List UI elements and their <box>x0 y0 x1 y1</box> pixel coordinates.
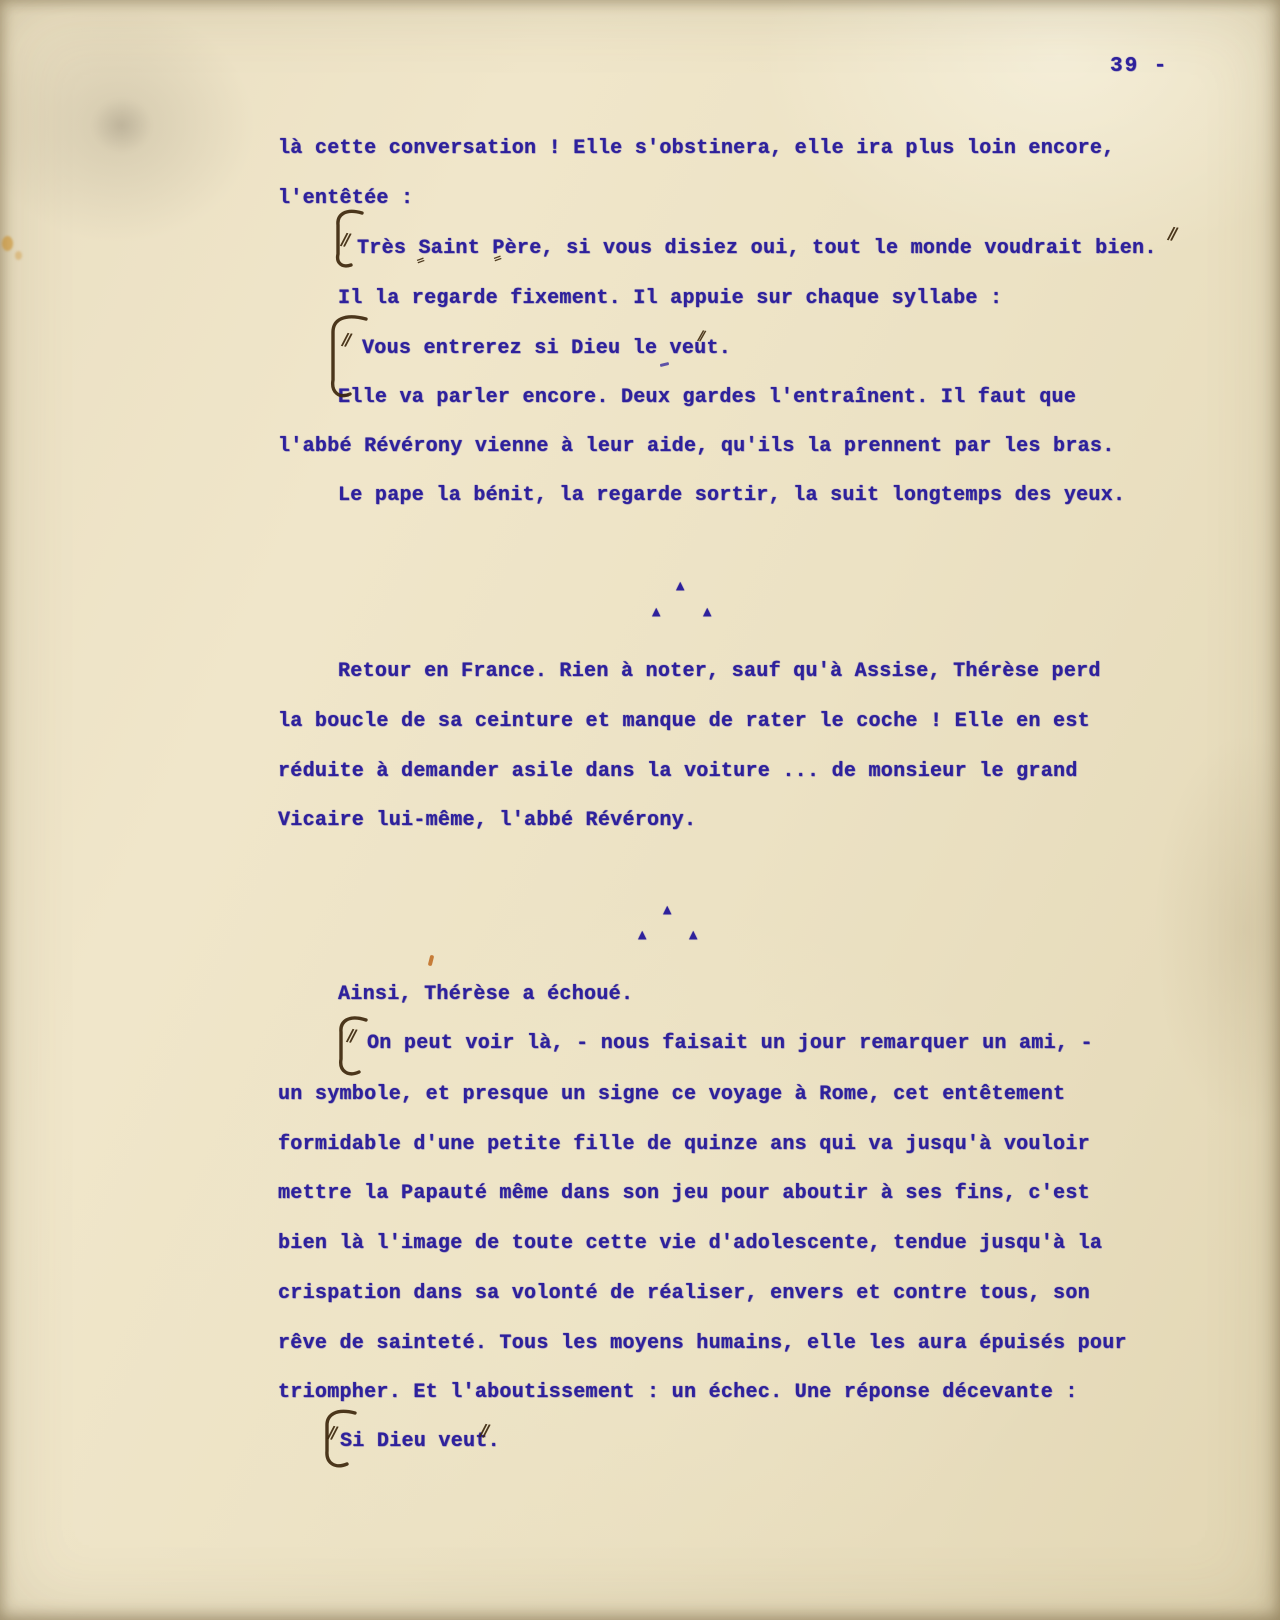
typed-line: formidable d'une petite fille de quinze … <box>278 1133 1090 1156</box>
typed-line: crispation dans sa volonté de réaliser, … <box>278 1282 1090 1305</box>
typed-line: Ainsi, Thérèse a échoué. <box>338 983 633 1006</box>
handwritten-bracket-icon <box>318 1408 362 1477</box>
handwritten-bracket-icon <box>324 314 372 407</box>
typed-quote-line: Si Dieu veut. <box>340 1430 500 1453</box>
paper-fleck <box>428 955 435 967</box>
typed-line: Vicaire lui-même, l'abbé Révérony. <box>278 809 696 832</box>
typed-quote-line: On peut voir là, - nous faisait un jour … <box>367 1032 1093 1055</box>
separator-caret-icon: ▲ <box>676 580 684 591</box>
typed-line: triompher. Et l'aboutissement : un échec… <box>278 1381 1078 1404</box>
typed-line: Il la regarde fixement. Il appuie sur ch… <box>338 287 1002 310</box>
separator-caret-icon: ▲ <box>689 929 697 940</box>
typed-line: là cette conversation ! Elle s'obstinera… <box>278 137 1115 160</box>
separator-caret-icon: ▲ <box>652 606 660 617</box>
separator-caret-icon: ▲ <box>638 929 646 940</box>
paper-stain <box>2 236 13 251</box>
typed-line: réduite à demander asile dans la voiture… <box>278 760 1078 783</box>
typed-line: Le pape la bénit, la regarde sortir, la … <box>338 484 1125 507</box>
typed-line: rêve de sainteté. Tous les moyens humain… <box>278 1332 1127 1355</box>
manuscript-page: 39 - là cette conversation ! Elle s'obst… <box>0 0 1280 1620</box>
separator-caret-icon: ▲ <box>703 606 711 617</box>
typed-line: l'entêtée : <box>278 187 413 210</box>
paper-stain <box>15 251 22 260</box>
typed-line: la boucle de sa ceinture et manque de ra… <box>278 710 1090 733</box>
typed-line: l'abbé Révérony vienne à leur aide, qu'i… <box>278 435 1115 458</box>
typed-line: Elle va parler encore. Deux gardes l'ent… <box>338 386 1076 409</box>
typed-line: bien là l'image de toute cette vie d'ado… <box>278 1232 1102 1255</box>
handwritten-bracket-icon <box>330 208 370 275</box>
page-number: 39 - <box>1110 55 1168 78</box>
typed-quote-line: Vous entrerez si Dieu le veut. <box>362 337 731 360</box>
separator-caret-icon: ▲ <box>663 904 671 915</box>
handwritten-quote-close-mark: // <box>1166 224 1176 245</box>
handwritten-bracket-icon <box>332 1014 374 1085</box>
typed-line: un symbole, et presque un signe ce voyag… <box>278 1083 1065 1106</box>
typed-line: Retour en France. Rien à noter, sauf qu'… <box>338 660 1101 683</box>
typed-quote-line: Très Saint Père, si vous disiez oui, tou… <box>357 237 1157 260</box>
typed-line: mettre la Papauté même dans son jeu pour… <box>278 1182 1090 1205</box>
ink-dash <box>660 362 669 367</box>
paper-smudge <box>92 98 152 153</box>
